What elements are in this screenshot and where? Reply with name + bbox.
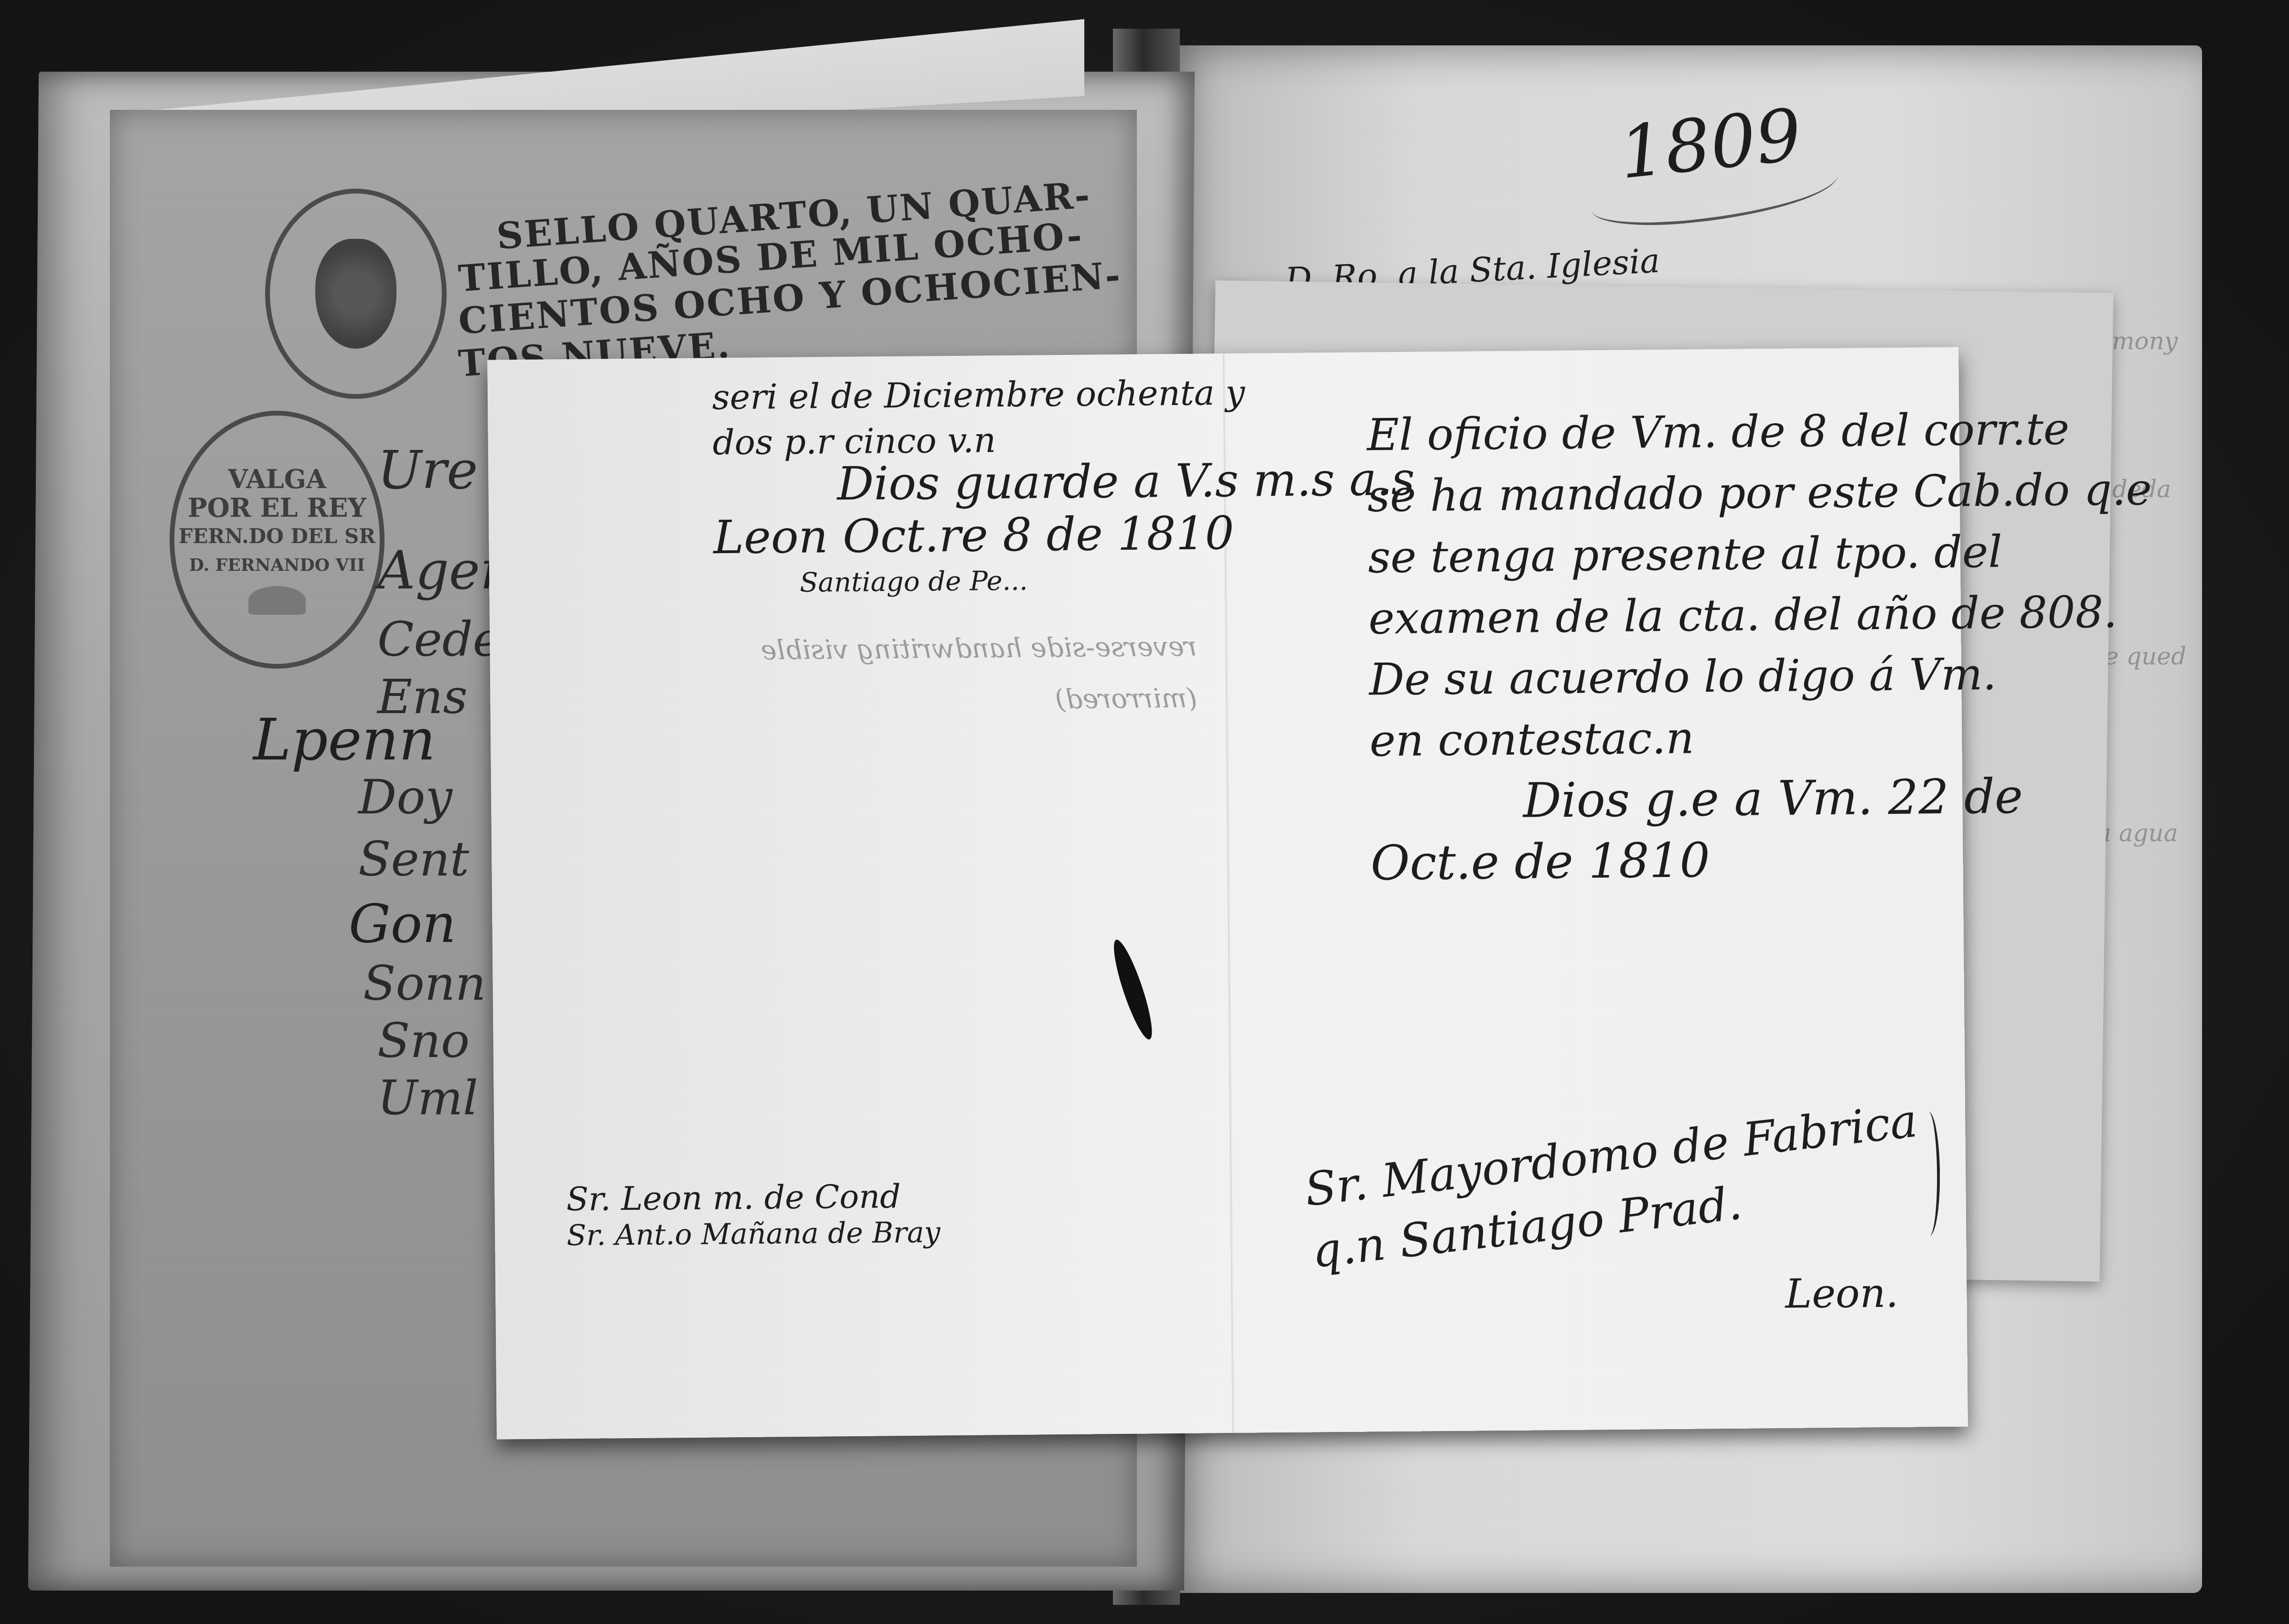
letter-left-date: Leon Oct.re 8 de 1810 [713, 506, 1234, 565]
left-fragment: Cede [377, 611, 501, 667]
letter-left-line: seri el de Diciembre ochenta y [712, 373, 1245, 417]
letter-left-signature-block: Sr. Ant.o Mañana de Bray [567, 1216, 941, 1252]
body-line: De su acuerdo lo digo á Vm. [1369, 642, 2154, 710]
letter-right-closing: Dios g.e a Vm. 22 de [1523, 765, 2155, 832]
open-letter: seri el de Diciembre ochenta y dos p.r c… [487, 347, 1968, 1440]
seal-line: D. FERNANDO VII [189, 551, 365, 579]
left-fragment: Uml [377, 1070, 478, 1126]
addressee-block: Sr. Mayordomo de Fabrica q.n Santiago Pr… [1302, 1090, 1927, 1282]
coat-of-arms-icon [315, 239, 396, 349]
left-fragment: Doy [358, 769, 452, 825]
body-line: El oficio de Vm. de 8 del corr.te [1367, 398, 2151, 466]
ink-blot [1107, 937, 1159, 1042]
body-line: en contestac.n [1369, 704, 2154, 771]
body-line: se tenga presente al tpo. del [1368, 520, 2152, 588]
letter-right-body: El oficio de Vm. de 8 del corr.te se ha … [1367, 398, 2155, 894]
left-fragment: Sno [377, 1013, 470, 1068]
seal-line: POR EL REY [188, 493, 366, 522]
letter-left-closing: Dios guarde a V.s m.s a.s [837, 452, 1415, 511]
bleed-through-text: reverse-side handwriting visible (mirror… [671, 621, 1198, 729]
letter-place: Leon. [1785, 1270, 1899, 1317]
seal-line: VALGA [228, 465, 326, 493]
left-fragment: Lpenn [253, 707, 436, 773]
left-fragment: Ure [377, 439, 478, 501]
crown-icon [248, 586, 306, 615]
letter-right-date: Oct.e de 1810 [1370, 826, 2155, 894]
addressee-bracket [1917, 1111, 1940, 1236]
royal-seal-stamp [265, 189, 447, 399]
valga-seal-stamp: VALGA POR EL REY FERN.DO DEL SR D. FERNA… [170, 411, 385, 669]
body-line: se ha mandado por este Cab.do q.e [1367, 459, 2152, 527]
seal-line: FERN.DO DEL SR [179, 522, 376, 551]
left-fragment: Sonn [363, 955, 486, 1011]
letter-left-signature-block: Sr. Leon m. de Cond [566, 1178, 901, 1218]
left-fragment: Sent [358, 831, 469, 887]
letter-left-signature: Santiago de Pe... [800, 566, 1028, 598]
left-fragment: Gon [349, 893, 456, 954]
body-line: examen de la cta. del año de 808. [1368, 581, 2153, 649]
